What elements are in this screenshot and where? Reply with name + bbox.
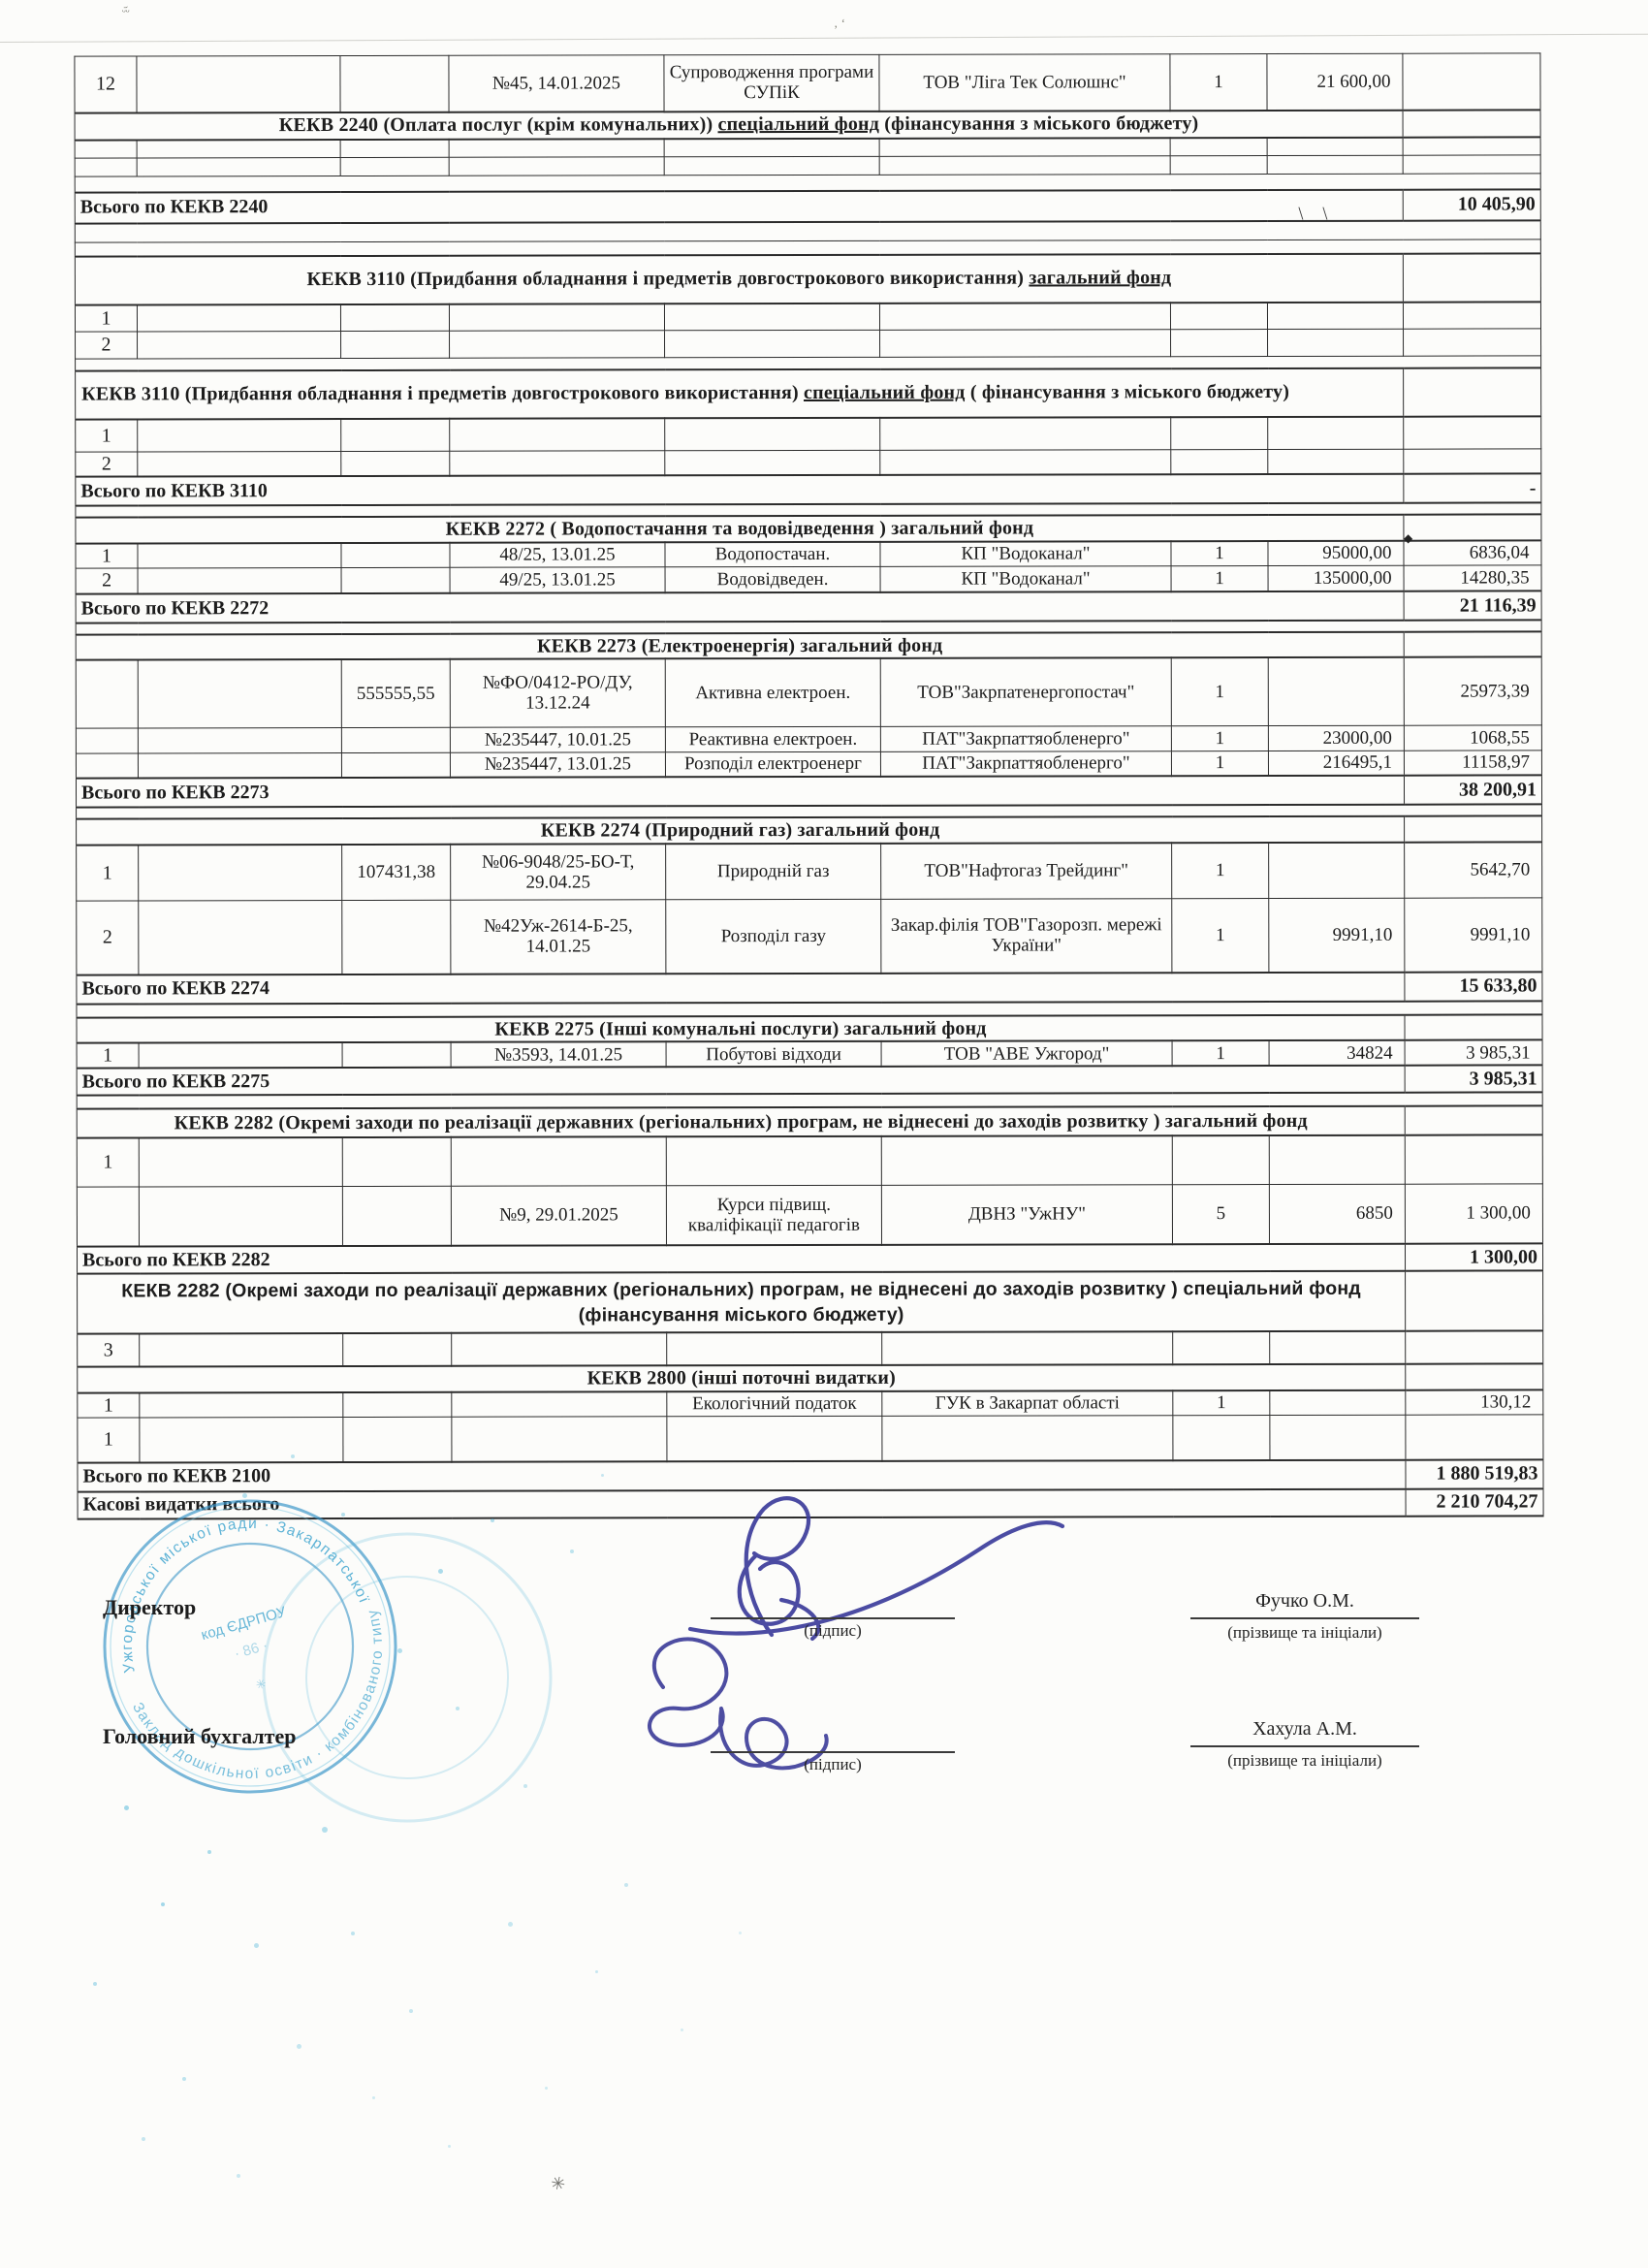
table-cell: 49/25, 13.01.25 bbox=[450, 567, 665, 592]
table-cell bbox=[665, 450, 880, 475]
section-header: КЕКВ 3110 (Придбання обладнання і предме… bbox=[75, 253, 1403, 304]
total-label: Всього по КЕКВ 3110 bbox=[76, 474, 1404, 506]
table-cell: №235447, 13.01.25 bbox=[450, 751, 665, 777]
table-cell: 11158,97 bbox=[1404, 751, 1541, 776]
expense-table: 12№45, 14.01.2025Супроводження програми … bbox=[74, 52, 1543, 1519]
table-cell: Водопостачан. bbox=[665, 542, 880, 567]
table-cell bbox=[341, 418, 450, 451]
table-cell bbox=[1403, 253, 1540, 302]
table-cell bbox=[137, 140, 340, 158]
director-name-caption: (прізвище та ініціали) bbox=[1190, 1623, 1419, 1643]
ink-speckle bbox=[297, 2044, 301, 2049]
table-cell bbox=[138, 419, 341, 452]
table-cell bbox=[879, 156, 1170, 176]
ink-speckle bbox=[409, 2009, 413, 2013]
table-cell bbox=[667, 1416, 882, 1460]
table-cell bbox=[1405, 1014, 1542, 1040]
table-cell bbox=[1171, 417, 1268, 450]
table-cell bbox=[882, 1332, 1173, 1366]
ink-speckle bbox=[438, 1569, 443, 1574]
total-amount: 3 985,31 bbox=[1405, 1066, 1542, 1093]
table-cell bbox=[665, 330, 880, 357]
total-amount: 2 210 704,27 bbox=[1406, 1488, 1543, 1516]
table-cell: №235447, 10.01.25 bbox=[450, 726, 665, 751]
total-amount: 10 405,90 bbox=[1403, 189, 1540, 220]
table-cell bbox=[340, 55, 449, 112]
ink-speckle bbox=[124, 1805, 129, 1810]
table-cell bbox=[1403, 110, 1540, 137]
total-row: Всього по КЕКВ 227338 200,91 bbox=[76, 776, 1541, 808]
ink-speckle bbox=[341, 1513, 345, 1517]
data-row: 2 bbox=[76, 449, 1541, 477]
ink-speckle bbox=[595, 1970, 598, 1973]
scan-artifact-line bbox=[0, 34, 1648, 43]
data-row: 1№3593, 14.01.25Побутові відходиТОВ "АВЕ… bbox=[77, 1039, 1542, 1069]
ink-speckle bbox=[207, 1850, 211, 1854]
accountant-sign-caption: (підпис) bbox=[711, 1755, 955, 1774]
table-cell bbox=[1170, 303, 1267, 330]
table-cell: 1 bbox=[77, 845, 139, 901]
table-cell: №3593, 14.01.25 bbox=[451, 1041, 666, 1068]
scanned-document-page: ᵕ᷄ᵕ ‚ ‘ 12№45, 14.01.2025Супроводження п… bbox=[0, 0, 1648, 2268]
data-row: 1 bbox=[77, 1135, 1542, 1187]
ink-speckle bbox=[448, 2145, 451, 2148]
table-cell: 48/25, 13.01.25 bbox=[450, 542, 665, 567]
table-cell bbox=[664, 138, 879, 156]
table-cell: Побутові відходи bbox=[666, 1041, 881, 1068]
table-cell bbox=[138, 452, 341, 477]
total-label: Всього по КЕКВ 2272 bbox=[76, 591, 1404, 623]
table-cell bbox=[452, 1333, 667, 1366]
table-cell: 1 bbox=[1171, 541, 1268, 566]
table-cell: 1 bbox=[1171, 725, 1268, 751]
table-cell bbox=[76, 728, 138, 753]
ink-speckle bbox=[142, 2137, 145, 2141]
table-cell bbox=[341, 543, 450, 568]
table-cell bbox=[1269, 1135, 1405, 1184]
section-header: КЕКВ 2275 (Інші комунальні послуги) зага… bbox=[77, 1014, 1405, 1042]
table-cell bbox=[1268, 416, 1404, 449]
table-cell bbox=[138, 659, 341, 727]
table-cell bbox=[75, 158, 137, 176]
table-cell bbox=[340, 157, 449, 176]
header-row: КЕКВ 2275 (Інші комунальні послуги) зага… bbox=[77, 1014, 1542, 1043]
table-cell: 6850 bbox=[1269, 1184, 1405, 1244]
ink-mark: ﹨ ﹨ bbox=[1291, 196, 1335, 224]
table-cell bbox=[1171, 450, 1268, 475]
section-header: КЕКВ 3110 (Придбання обладнання і предме… bbox=[76, 367, 1404, 419]
table-cell: 1 bbox=[78, 1392, 140, 1418]
table-cell: 1 bbox=[1172, 899, 1269, 973]
table-cell bbox=[341, 331, 450, 358]
total-label: Всього по КЕКВ 2275 bbox=[77, 1066, 1405, 1096]
table-cell bbox=[450, 451, 665, 476]
table-cell: 130,12 bbox=[1406, 1390, 1543, 1415]
ink-speckle bbox=[237, 2174, 240, 2178]
table-cell bbox=[1170, 156, 1267, 175]
director-name-line bbox=[1190, 1600, 1419, 1619]
table-cell bbox=[1403, 302, 1540, 329]
data-row: 12№45, 14.01.2025Супроводження програми … bbox=[75, 53, 1540, 112]
ink-mark: ᵕ᷄ᵕ bbox=[122, 4, 130, 19]
table-cell bbox=[1270, 1390, 1406, 1415]
total-row: Всього по КЕКВ 22821 300,00 bbox=[77, 1244, 1542, 1274]
header-row: КЕКВ 2282 (Окремі заходи по реалізації д… bbox=[77, 1106, 1542, 1138]
total-amount: 21 116,39 bbox=[1404, 591, 1541, 620]
table-cell: Закар.філія ТОВ"Газорозп. мережі України… bbox=[881, 899, 1172, 974]
director-label: Директор bbox=[103, 1595, 196, 1620]
table-cell bbox=[139, 1186, 342, 1246]
stamp-echo bbox=[242, 1513, 572, 1842]
table-cell: ПАТ"Закрпаттяобленерго" bbox=[880, 725, 1171, 751]
table-cell: 9991,10 bbox=[1269, 898, 1405, 972]
section-header: КЕКВ 2800 (інші поточні видатки) bbox=[78, 1364, 1406, 1392]
table-cell: ТОВ "Ліга Тек Солюшнс" bbox=[879, 54, 1170, 112]
table-cell: №42Уж-2614-Б-25, 14.01.25 bbox=[451, 900, 666, 974]
ink-speckle bbox=[351, 1932, 355, 1935]
total-amount: 15 633,80 bbox=[1405, 972, 1542, 1001]
table-cell bbox=[341, 727, 450, 752]
table-cell: Активна електроен. bbox=[665, 658, 880, 726]
ink-speckle bbox=[397, 1648, 402, 1653]
table-cell: 3 985,31 bbox=[1405, 1039, 1542, 1066]
table-cell bbox=[343, 1333, 452, 1366]
table-cell bbox=[1269, 842, 1405, 898]
table-cell bbox=[449, 303, 664, 331]
table-cell: 1 bbox=[76, 419, 138, 452]
table-cell bbox=[139, 1042, 342, 1069]
table-cell bbox=[879, 138, 1170, 157]
table-cell bbox=[879, 303, 1170, 331]
ink-speckle bbox=[508, 1922, 513, 1927]
table-cell bbox=[882, 1416, 1173, 1461]
accountant-name-caption: (прізвище та ініціали) bbox=[1190, 1751, 1419, 1771]
ink-speckle bbox=[182, 2077, 186, 2081]
total-row: Всього по КЕКВ 227415 633,80 bbox=[77, 972, 1542, 1004]
section-header: КЕКВ 2240 (Оплата послуг (крім комунальн… bbox=[75, 110, 1403, 140]
table-cell: ГУК в Закарпат області bbox=[882, 1390, 1173, 1417]
data-row: 2 bbox=[76, 329, 1541, 359]
table-cell: 1 bbox=[1170, 54, 1267, 111]
header-row: КЕКВ 2240 (Оплата послуг (крім комунальн… bbox=[75, 110, 1540, 140]
table-cell bbox=[1267, 137, 1403, 155]
header-row: КЕКВ 2272 ( Водопостачання та водовідвед… bbox=[76, 515, 1541, 544]
table-cell bbox=[1268, 449, 1404, 474]
table-cell: 1 bbox=[78, 1418, 140, 1462]
table-cell: 1 bbox=[75, 304, 137, 332]
section-header: КЕКВ 2272 ( Водопостачання та водовідвед… bbox=[76, 515, 1404, 543]
table-cell bbox=[137, 56, 340, 112]
table-cell bbox=[1404, 449, 1541, 474]
table-cell bbox=[1404, 367, 1541, 416]
table-cell: 107431,38 bbox=[342, 844, 451, 900]
table-cell bbox=[449, 157, 664, 176]
table-cell bbox=[1172, 1135, 1269, 1184]
table-cell: 1068,55 bbox=[1404, 725, 1541, 751]
table-cell bbox=[1270, 1415, 1406, 1459]
table-cell: 1 bbox=[1172, 843, 1269, 899]
table-cell: 9991,10 bbox=[1405, 898, 1542, 972]
table-cell bbox=[451, 1137, 666, 1186]
table-cell bbox=[1173, 1331, 1270, 1364]
table-cell bbox=[1403, 137, 1540, 155]
ink-speckle bbox=[491, 1518, 494, 1522]
table-cell bbox=[665, 417, 880, 450]
table-cell bbox=[1405, 816, 1542, 843]
table-cell bbox=[343, 1417, 452, 1461]
table-cell: 1 bbox=[77, 1042, 139, 1069]
director-sign-caption: (підпис) bbox=[711, 1621, 955, 1641]
table-cell bbox=[1171, 330, 1268, 357]
table-cell bbox=[140, 1418, 343, 1462]
table-cell bbox=[1268, 657, 1404, 725]
table-cell bbox=[140, 1333, 343, 1366]
table-cell: 1 300,00 bbox=[1405, 1184, 1542, 1244]
director-signature-line bbox=[711, 1600, 955, 1619]
ink-speckle bbox=[545, 2087, 548, 2090]
total-label: Всього по КЕКВ 2240 bbox=[75, 189, 1403, 223]
table-cell: 216495,1 bbox=[1268, 751, 1404, 776]
table-cell: Водовідведен. bbox=[665, 567, 880, 592]
accountant-label: Головний бухгалтер bbox=[103, 1724, 296, 1749]
header-row: КЕКВ 3110 (Придбання обладнання і предме… bbox=[76, 367, 1541, 419]
total-label: Всього по КЕКВ 2274 bbox=[77, 972, 1405, 1004]
table-cell: 1 bbox=[1171, 657, 1268, 725]
table-cell bbox=[881, 1136, 1172, 1186]
table-cell bbox=[1406, 1364, 1543, 1390]
ink-speckle bbox=[523, 1784, 527, 1788]
table-cell: 6836,04 bbox=[1404, 540, 1541, 565]
header-row: КЕКВ 3110 (Придбання обладнання і предме… bbox=[75, 253, 1540, 304]
table-cell: 1 bbox=[1173, 1390, 1270, 1416]
table-cell: 34824 bbox=[1269, 1040, 1405, 1067]
table-cell bbox=[75, 140, 137, 158]
ink-speckle bbox=[570, 1549, 574, 1553]
table-cell: ТОВ"Закрпатенергопостач" bbox=[880, 657, 1171, 726]
table-cell bbox=[340, 303, 449, 331]
ink-mark: ‚ ‘ bbox=[834, 16, 845, 31]
data-row: 1 bbox=[78, 1415, 1543, 1462]
table-cell: 3 bbox=[78, 1334, 140, 1367]
header-row: КЕКВ 2274 (Природний газ) загальний фонд bbox=[77, 816, 1542, 846]
table-cell bbox=[342, 1042, 451, 1069]
table-cell bbox=[664, 303, 879, 330]
table-cell: 12 bbox=[75, 56, 137, 112]
data-row: №235447, 10.01.25Реактивна електроен.ПАТ… bbox=[76, 725, 1541, 753]
section-header: КЕКВ 2282 (Окремі заходи по реалізації д… bbox=[78, 1271, 1406, 1334]
table-cell bbox=[138, 752, 341, 778]
table-cell: ТОВ "АВЕ Ужгород" bbox=[881, 1040, 1172, 1067]
total-amount: - bbox=[1404, 474, 1541, 503]
table-cell bbox=[1404, 631, 1541, 657]
accountant-name-line bbox=[1190, 1728, 1419, 1747]
total-label: Всього по КЕКВ 2273 bbox=[76, 776, 1404, 808]
ink-speckle bbox=[291, 1454, 295, 1458]
table-cell bbox=[1404, 515, 1541, 541]
total-amount: 38 200,91 bbox=[1404, 776, 1541, 805]
table-cell: 14280,35 bbox=[1404, 565, 1541, 591]
table-cell: 1 bbox=[1172, 1040, 1269, 1067]
table-cell bbox=[340, 139, 449, 157]
table-cell bbox=[342, 1186, 451, 1246]
table-cell: Розподіл газу bbox=[666, 899, 881, 973]
table-cell bbox=[1267, 155, 1403, 174]
table-cell bbox=[137, 304, 340, 332]
table-cell bbox=[449, 139, 664, 157]
ink-speckle bbox=[242, 1493, 247, 1498]
table-cell: 2 bbox=[76, 332, 138, 359]
table-cell bbox=[1406, 1271, 1543, 1331]
table-cell bbox=[450, 331, 665, 358]
table-cell bbox=[343, 1392, 452, 1418]
table-cell bbox=[341, 568, 450, 593]
table-cell: 1 bbox=[77, 1138, 139, 1187]
table-cell bbox=[450, 418, 665, 451]
table-cell bbox=[139, 901, 342, 974]
data-row: №9, 29.01.2025Курси підвищ. кваліфікації… bbox=[77, 1184, 1542, 1247]
table-cell bbox=[1403, 53, 1540, 110]
table-cell: 2 bbox=[76, 568, 138, 593]
table-cell: Природній газ bbox=[666, 843, 881, 899]
table-cell: №ФО/0412-РО/ДУ, 13.12.24 bbox=[450, 658, 665, 726]
table-cell: №9, 29.01.2025 bbox=[451, 1186, 666, 1246]
table-cell bbox=[1267, 302, 1403, 329]
table-cell: 2 bbox=[76, 452, 138, 477]
header-row: КЕКВ 2282 (Окремі заходи по реалізації д… bbox=[78, 1271, 1543, 1334]
table-cell: 5 bbox=[1172, 1184, 1269, 1244]
table-cell bbox=[667, 1332, 882, 1365]
ink-speckle bbox=[624, 1883, 628, 1887]
section-header: КЕКВ 2274 (Природний газ) загальний фонд bbox=[77, 816, 1405, 845]
table-cell: 95000,00 bbox=[1268, 540, 1404, 565]
table-cell bbox=[77, 1187, 139, 1247]
data-row: 2№42Уж-2614-Б-25, 14.01.25Розподіл газуЗ… bbox=[77, 898, 1542, 974]
table-cell: Курси підвищ. кваліфікації педагогів bbox=[666, 1185, 881, 1245]
table-cell: 1 bbox=[1171, 751, 1268, 776]
table-cell bbox=[341, 752, 450, 778]
table-cell bbox=[342, 900, 451, 974]
table-cell: №45, 14.01.2025 bbox=[449, 55, 664, 112]
table-cell bbox=[664, 156, 879, 175]
ink-speckle bbox=[322, 1827, 328, 1833]
table-cell bbox=[76, 753, 138, 779]
table-cell bbox=[880, 417, 1171, 451]
data-row: 3 bbox=[78, 1331, 1543, 1367]
table-cell bbox=[342, 1137, 451, 1186]
table-cell bbox=[452, 1391, 667, 1417]
table-cell bbox=[1406, 1331, 1543, 1364]
section-header: КЕКВ 2282 (Окремі заходи по реалізації д… bbox=[77, 1106, 1405, 1138]
header-row: КЕКВ 2273 (Електроенергія) загальний фон… bbox=[76, 631, 1541, 660]
data-row: 1107431,38№06-9048/25-БО-Т, 29.04.25Прир… bbox=[77, 842, 1542, 901]
ink-speckle bbox=[601, 1474, 604, 1477]
table-cell bbox=[1268, 329, 1404, 356]
data-row: 1Екологічний податокГУК в Закарпат облас… bbox=[78, 1390, 1543, 1418]
table-cell: 23000,00 bbox=[1268, 725, 1404, 751]
table-cell: 2 bbox=[77, 901, 139, 974]
ink-blot: ✳ bbox=[549, 2173, 567, 2196]
table-cell bbox=[666, 1136, 881, 1185]
table-cell: 25973,39 bbox=[1404, 657, 1541, 725]
data-row: 148/25, 13.01.25Водопостачан.КП "Водокан… bbox=[76, 540, 1541, 568]
table-cell: Екологічний податок bbox=[667, 1391, 882, 1417]
table-cell bbox=[140, 1392, 343, 1418]
header-row: КЕКВ 2800 (інші поточні видатки) bbox=[78, 1364, 1543, 1393]
table-cell bbox=[137, 158, 340, 176]
table-cell: 5642,70 bbox=[1405, 842, 1542, 898]
table-cell bbox=[452, 1417, 667, 1461]
table-cell bbox=[880, 450, 1171, 476]
table-cell bbox=[138, 332, 341, 359]
section-header: КЕКВ 2273 (Електроенергія) загальний фон… bbox=[76, 631, 1404, 659]
table-cell: Реактивна електроен. bbox=[665, 726, 880, 751]
table-cell bbox=[341, 451, 450, 476]
table-cell bbox=[1173, 1416, 1270, 1460]
table-cell bbox=[1405, 1106, 1542, 1135]
total-amount: 1 880 519,83 bbox=[1406, 1459, 1543, 1488]
table-cell: 1 bbox=[76, 543, 138, 568]
table-cell bbox=[1403, 155, 1540, 174]
table-cell bbox=[1404, 416, 1541, 449]
table-cell: 555555,55 bbox=[341, 659, 450, 727]
table-cell: 21 600,00 bbox=[1267, 53, 1403, 110]
table-cell: 1 bbox=[1171, 566, 1268, 591]
data-row: 249/25, 13.01.25Водовідведен.КП "Водокан… bbox=[76, 565, 1541, 593]
table-cell: №06-9048/25-БО-Т, 29.04.25 bbox=[451, 844, 666, 900]
ink-speckle bbox=[372, 2096, 375, 2099]
table-cell: ПАТ"Закрпаттяобленерго" bbox=[880, 751, 1171, 777]
table-cell bbox=[1405, 1135, 1542, 1184]
data-row: 555555,55№ФО/0412-РО/ДУ, 13.12.24Активна… bbox=[76, 657, 1541, 728]
total-amount: 1 300,00 bbox=[1405, 1244, 1542, 1271]
total-row: Всього по КЕКВ 227221 116,39 bbox=[76, 591, 1541, 623]
table-cell bbox=[1404, 329, 1541, 356]
table-cell: ДВНЗ "УжНУ" bbox=[881, 1185, 1172, 1246]
table-cell: КП "Водоканал" bbox=[880, 566, 1171, 592]
table-cell bbox=[880, 330, 1171, 358]
table-cell bbox=[138, 543, 341, 568]
table-cell bbox=[1270, 1331, 1406, 1364]
expense-table-body: 12№45, 14.01.2025Супроводження програми … bbox=[75, 53, 1543, 1518]
table-cell: 135000,00 bbox=[1268, 565, 1404, 591]
accountant-signature-line bbox=[711, 1734, 955, 1753]
data-row: 1 bbox=[76, 416, 1541, 452]
table-cell: Розподіл електроенерг bbox=[665, 751, 880, 777]
table-cell bbox=[1406, 1415, 1543, 1459]
table-cell bbox=[138, 727, 341, 752]
ink-mark: ◆ bbox=[1404, 531, 1412, 546]
ink-speckle bbox=[681, 2028, 683, 2031]
ink-speckle bbox=[254, 1943, 259, 1948]
table-cell: Супроводження програми СУПіК bbox=[664, 54, 879, 111]
data-row: №235447, 13.01.25Розподіл електроенергПА… bbox=[76, 751, 1541, 779]
table-cell: ТОВ"Нафтогаз Трейдинг" bbox=[881, 843, 1172, 900]
ink-speckle bbox=[161, 1902, 165, 1906]
ink-speckle bbox=[93, 1982, 97, 1986]
table-cell bbox=[138, 568, 341, 593]
table-cell bbox=[76, 660, 138, 728]
ink-speckle bbox=[739, 1932, 742, 1934]
table-cell bbox=[139, 845, 342, 901]
ink-speckle bbox=[456, 1707, 460, 1710]
total-row: Всього по КЕКВ 3110- bbox=[76, 474, 1541, 506]
data-row: 1 bbox=[75, 302, 1540, 332]
total-label: Всього по КЕКВ 2282 bbox=[77, 1244, 1405, 1274]
table-cell bbox=[1170, 138, 1267, 156]
total-row: Всього по КЕКВ 22753 985,31 bbox=[77, 1066, 1542, 1096]
table-cell: КП "Водоканал" bbox=[880, 541, 1171, 567]
table-cell bbox=[139, 1137, 342, 1186]
